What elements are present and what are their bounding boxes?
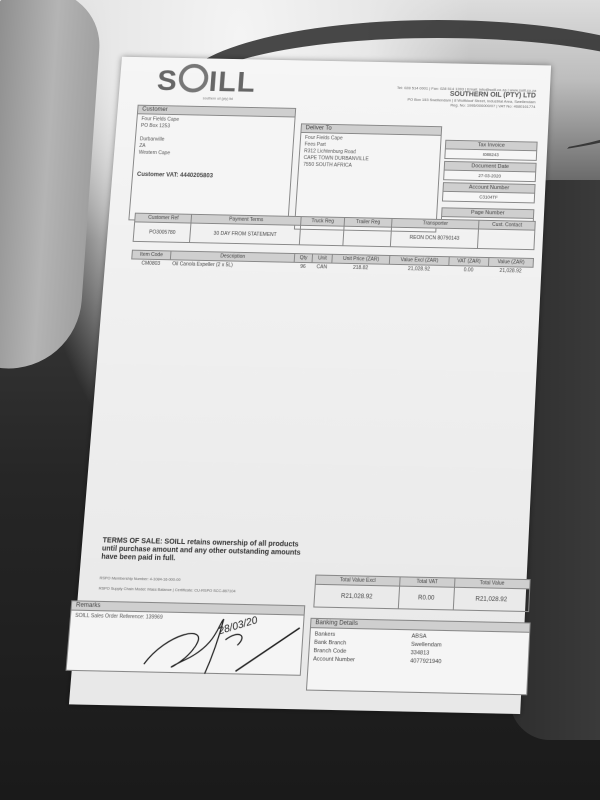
logo-tagline: southern oil (pty) ltd (203, 96, 233, 100)
invoice-number: I088243 (445, 149, 536, 160)
item-unit: CAN (311, 263, 332, 272)
terms-of-sale: TERMS OF SALE: SOILL retains ownership o… (101, 537, 305, 566)
document-date-box: Document Date 27-03-2020 (443, 161, 537, 182)
invoice-paper: SILL southern oil (pty) ltd Tel: 028 514… (69, 57, 551, 714)
rspo-membership: RSPO Membership Number: 4-1084-16-000-00 (99, 576, 180, 582)
items-table: Item Code Description Qty Unit Unit Pric… (131, 250, 534, 276)
item-vat: 0.00 (448, 266, 488, 275)
item-unit-price: 218.82 (332, 263, 390, 273)
customer-address: Four Fields Cape PO Box 1253 Durbanville… (133, 114, 295, 184)
banking-box: Banking Details BankersABSA Bank BranchS… (306, 618, 531, 696)
totals-table: Total Value Excl Total VAT Total Value R… (313, 575, 530, 613)
payment-terms: 30 DAY FROM STATEMENT (190, 223, 300, 245)
deliver-to-address: Four Fields Cape Fees Part R312 Lichtenb… (299, 133, 441, 173)
account-number-box: Account Number C3104TF (442, 182, 536, 203)
item-value: 21,028.92 (488, 266, 533, 275)
total-vat: R0.00 (398, 586, 454, 610)
item-description: Oil Canola Expeller (2 x 5L) (170, 260, 294, 271)
account-number: C3104TF (443, 192, 534, 203)
company-info: Tel: 028 514 0001 | Fax: 028 514 1393 | … (396, 85, 536, 109)
tax-invoice-box: Tax Invoice I088243 (444, 140, 537, 161)
company-logo: SILL (156, 63, 257, 99)
item-qty: 96 (294, 262, 312, 271)
total-value: R21,028.92 (453, 587, 530, 611)
rspo-supply-chain: RSPO Supply Chain Model: Mass Balance | … (99, 586, 236, 593)
cust-contact (478, 229, 535, 250)
signature (133, 612, 311, 678)
customer-vat-value: 4440205803 (180, 173, 213, 179)
document-date: 27-03-2020 (444, 171, 535, 182)
total-value-excl: R21,028.92 (314, 584, 400, 608)
customer-ref: PO3005780 (133, 222, 191, 243)
customer-box: Customer Four Fields Cape PO Box 1253 Du… (128, 105, 296, 224)
item-code: CM0803 (131, 259, 170, 268)
trailer-reg (343, 226, 391, 246)
transporter: REON DCN 80790143 (390, 227, 479, 248)
truck-reg (299, 225, 344, 245)
item-value-excl: 21,028.92 (389, 264, 449, 274)
logo-globe-icon (178, 64, 209, 93)
customer-vat-label: Customer VAT: (137, 172, 179, 179)
